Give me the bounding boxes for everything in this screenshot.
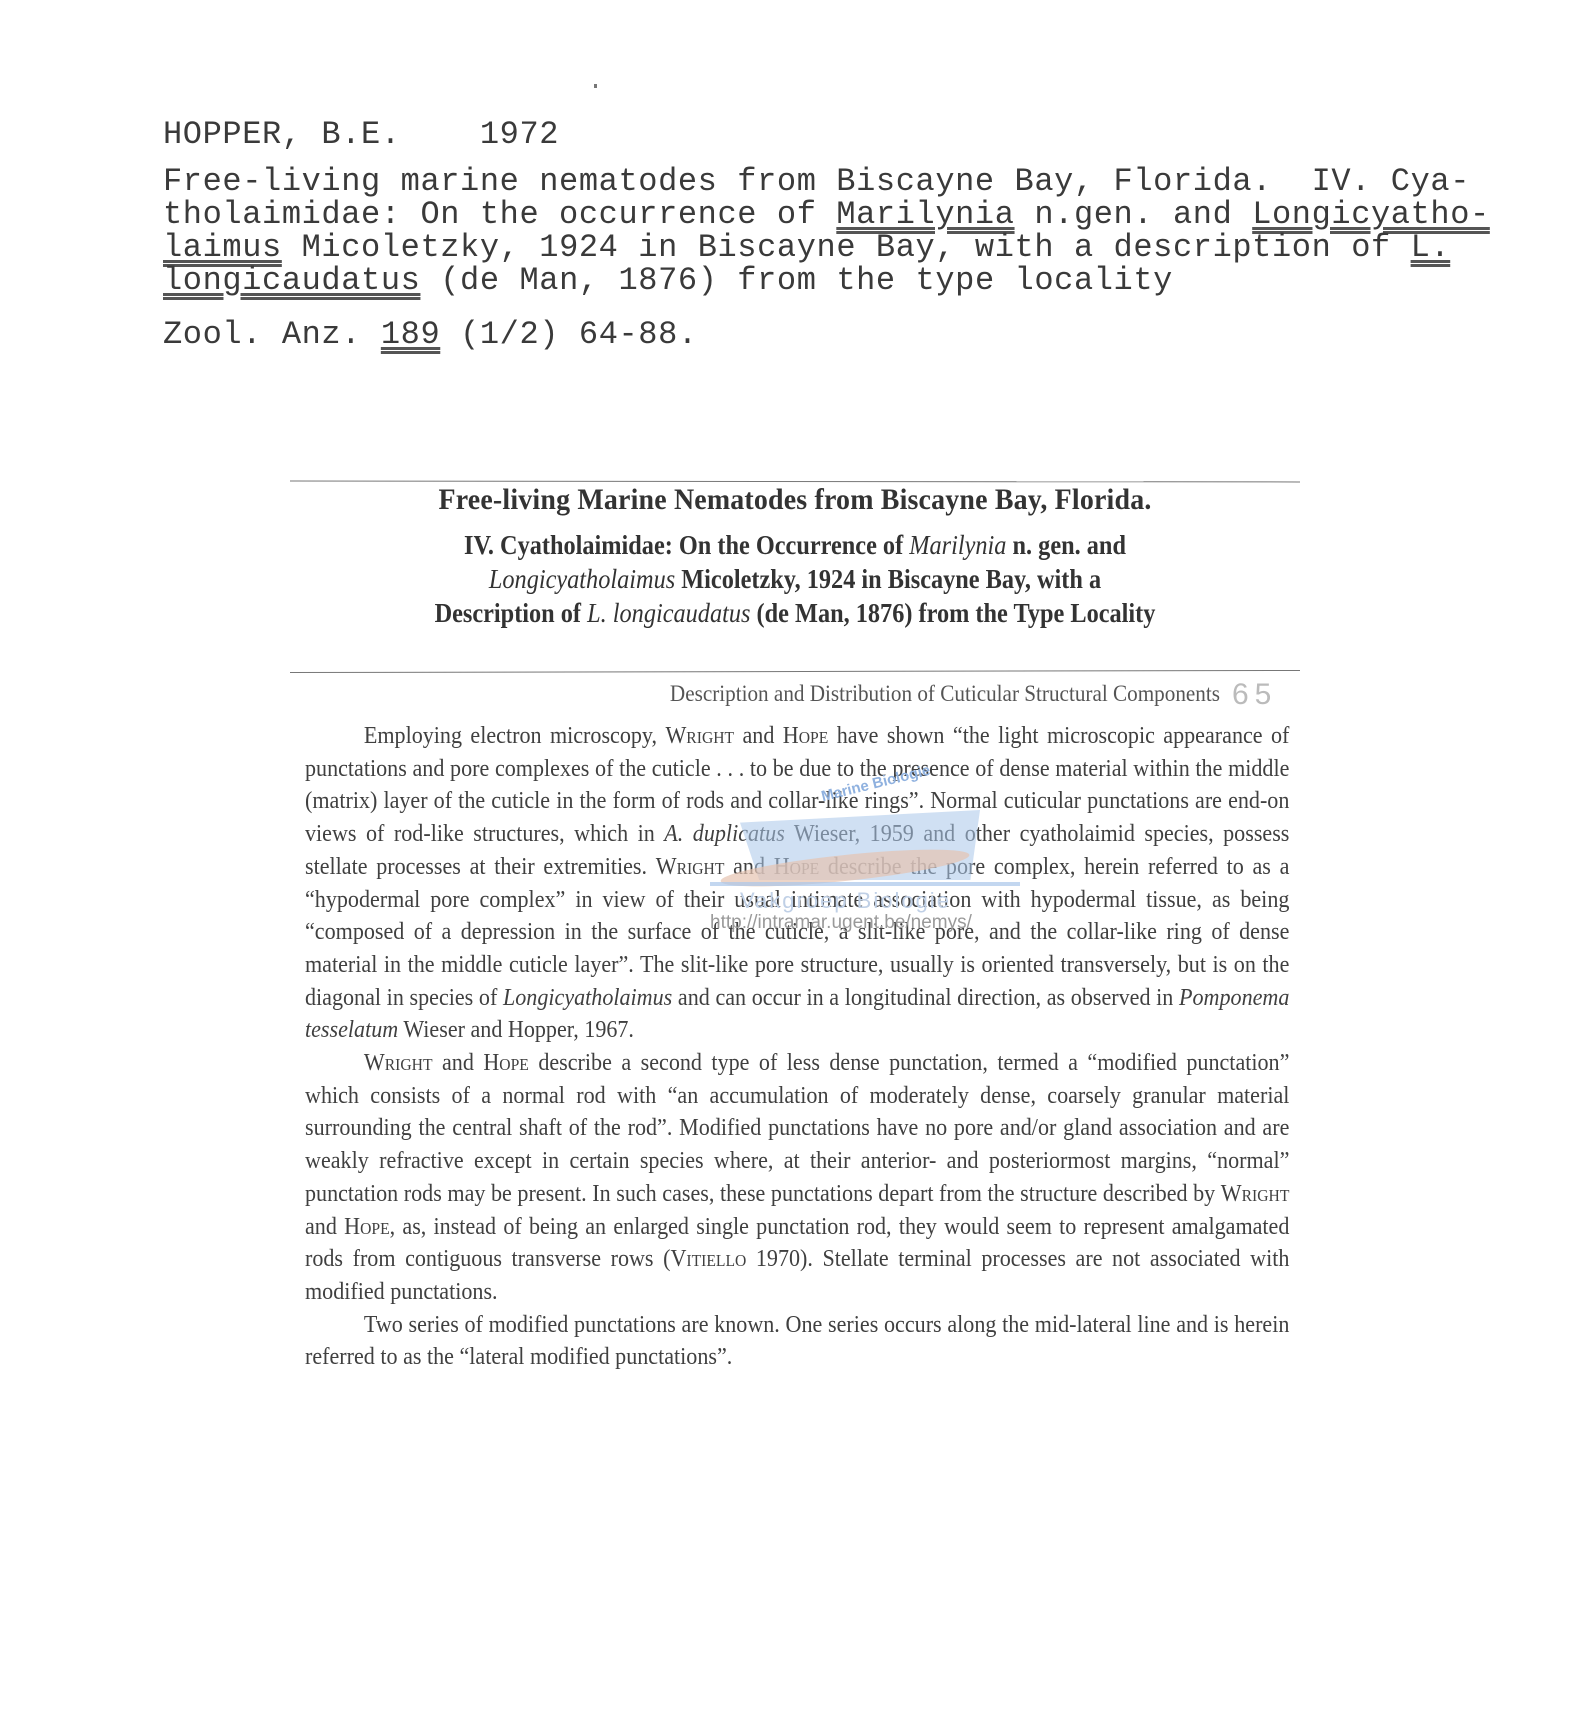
article-title: Free-living Marine Nematodes from Biscay… — [325, 483, 1264, 517]
cited-author: Hope — [483, 1050, 528, 1076]
subtitle-line: Description of L. longicaudatus (de Man,… — [341, 596, 1250, 630]
taxon-name: L. — [1411, 229, 1451, 266]
cited-author: Wright — [656, 854, 725, 880]
taxon-name: Longicyatho- — [1252, 196, 1490, 233]
header-rule — [290, 670, 1300, 673]
paragraph-text: and — [305, 1214, 344, 1240]
italic-taxon: Longicyatholaimus — [489, 564, 675, 594]
citation-pages: (1/2) 64-88. — [440, 316, 697, 353]
body-paragraph: Wright and Hope describe a second type o… — [305, 1047, 1289, 1309]
card-title-line: laimus Micoletzky, 1924 in Biscayne Bay,… — [163, 231, 1490, 265]
taxon-name: longicaudatus — [163, 262, 420, 299]
article-body: Employing electron microscopy, Wright an… — [305, 720, 1289, 1374]
paragraph-text: and — [433, 1050, 484, 1076]
card-year: 1972 — [480, 116, 559, 153]
body-paragraph: Two series of modified punctations are k… — [305, 1309, 1289, 1374]
subtitle-text: Description of — [435, 598, 588, 628]
body-paragraph: Employing electron microscopy, Wright an… — [305, 720, 1289, 1047]
title-text: Micoletzky, 1924 in Biscayne Bay, with a… — [282, 229, 1411, 266]
subtitle-line: Longicyatholaimus Micoletzky, 1924 in Bi… — [341, 562, 1250, 596]
cited-author: Hope — [783, 723, 828, 749]
paragraph-text: and — [734, 723, 783, 749]
cited-author: Wright — [1221, 1181, 1290, 1207]
subtitle-text: Micoletzky, 1924 in Biscayne Bay, with a — [675, 564, 1101, 594]
title-text: Free-living marine nematodes from Biscay… — [163, 163, 1470, 200]
subtitle-text: (de Man, 1876) from the Type Locality — [750, 598, 1155, 628]
italic-taxon: L. longicaudatus — [587, 598, 750, 628]
subtitle-text: n. gen. and — [1006, 530, 1126, 560]
paragraph-text: and can occur in a longitudinal directio… — [672, 985, 1179, 1011]
cited-author: Hope — [344, 1214, 389, 1240]
running-head: Description and Distribution of Cuticula… — [364, 681, 1220, 707]
subtitle-line: IV. Cyatholaimidae: On the Occurrence of… — [341, 528, 1250, 562]
title-text: n.gen. and — [1015, 196, 1253, 233]
title-text: (de Man, 1876) from the type locality — [420, 262, 1173, 299]
card-title-line: Free-living marine nematodes from Biscay… — [163, 165, 1490, 199]
italic-taxon: Marilynia — [909, 530, 1006, 560]
scan-speck — [594, 84, 597, 88]
citation-journal: Zool. Anz. — [163, 316, 381, 353]
paragraph-text: and — [724, 854, 773, 880]
card-citation: Zool. Anz. 189 (1/2) 64-88. — [163, 318, 698, 352]
italic-taxon: Longicyatholaimus — [503, 985, 672, 1011]
title-text: tholaimidae: On the occurrence of — [163, 196, 836, 233]
cited-author: Hope — [774, 854, 819, 880]
cited-author: Vitiello — [670, 1246, 746, 1272]
italic-taxon: A. duplicatus — [664, 821, 785, 847]
cited-author: Wright — [364, 1050, 433, 1076]
page-number: 65 — [1232, 678, 1277, 712]
paragraph-text: Wieser and Hopper, 1967. — [398, 1017, 634, 1043]
card-author-line: HOPPER, B.E. 1972 — [163, 118, 559, 152]
card-author: HOPPER, B.E. — [163, 116, 401, 153]
subtitle-text: IV. Cyatholaimidae: On the Occurrence of — [464, 530, 909, 560]
card-title: Free-living marine nematodes from Biscay… — [163, 165, 1490, 298]
card-title-line: longicaudatus (de Man, 1876) from the ty… — [163, 264, 1490, 298]
article-subtitle: IV. Cyatholaimidae: On the Occurrence of… — [341, 528, 1250, 630]
cited-author: Wright — [665, 723, 734, 749]
paragraph-text: Employing electron microscopy, — [364, 723, 666, 749]
citation-volume: 189 — [381, 316, 440, 353]
taxon-name: Marilynia — [836, 196, 1014, 233]
taxon-name: laimus — [163, 229, 282, 266]
card-title-line: tholaimidae: On the occurrence of Marily… — [163, 198, 1490, 232]
paragraph-text: Two series of modified punctations are k… — [305, 1312, 1289, 1371]
